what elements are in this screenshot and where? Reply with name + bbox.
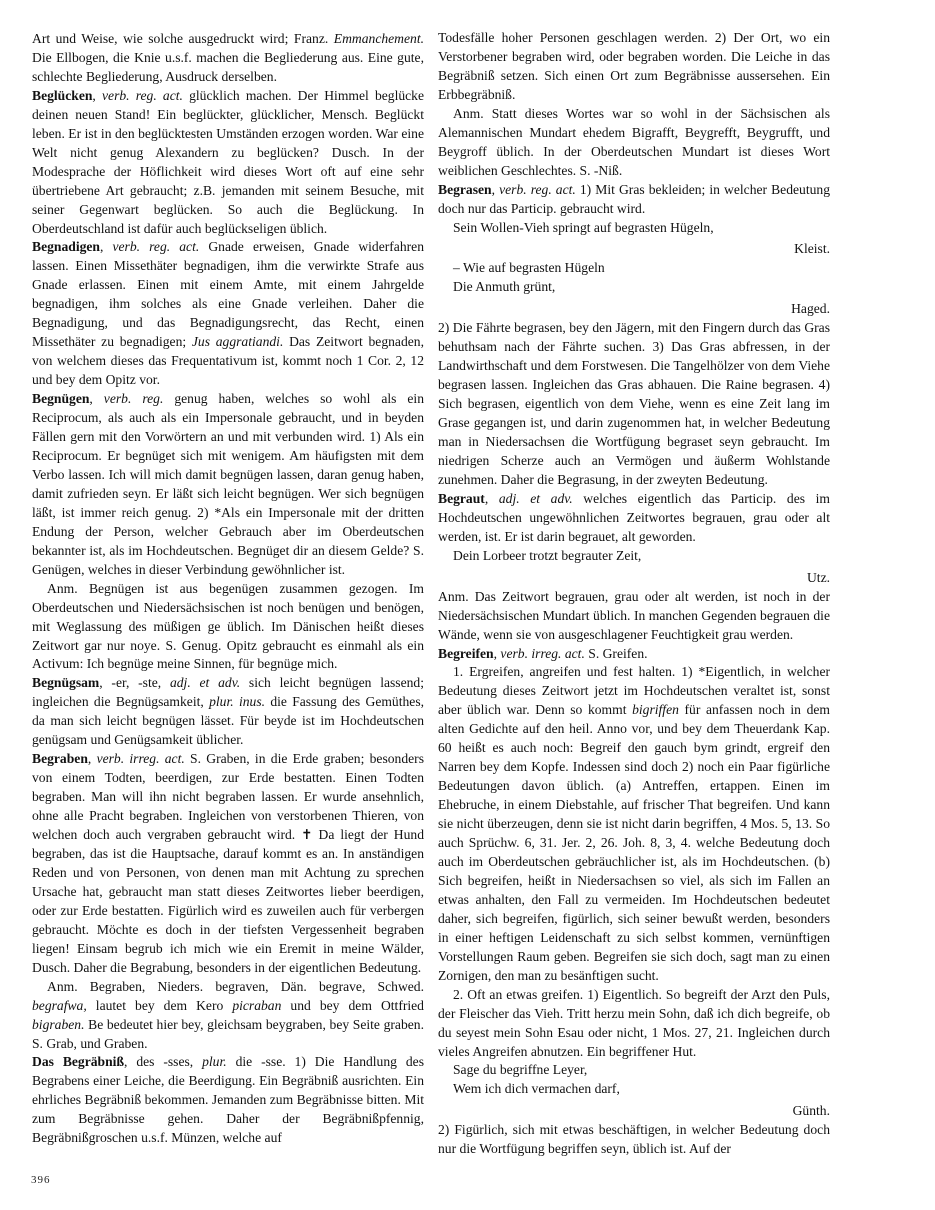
grammar-note: verb. reg. act. — [499, 182, 576, 197]
quote-source: Günth. — [438, 1099, 830, 1121]
quote-source: Utz. — [438, 566, 830, 588]
right-column: Todesfälle hoher Personen geschlagen wer… — [438, 29, 830, 1159]
grammar-note: verb. reg. — [104, 391, 164, 406]
entry-text: Be bedeutet hier bey, gleichsam beygrabe… — [32, 1017, 424, 1051]
entry-paragraph: 2. Oft an etwas greifen. 1) Eigentlich. … — [438, 986, 830, 1062]
grammar-note: Emmanchement. — [334, 31, 424, 46]
grammar-note: begrafwa, — [32, 998, 87, 1013]
entry-paragraph: Begreifen, verb. irreg. act. S. Greifen. — [438, 645, 830, 664]
entry-text: , — [92, 88, 102, 103]
headword: Das Begräbniß — [32, 1054, 124, 1069]
entry-text: 2) Figürlich, sich mit etwas beschäftige… — [438, 1122, 830, 1156]
grammar-note: adj. et adv. — [499, 491, 573, 506]
headword: Beglücken — [32, 88, 92, 103]
entry-text: 2) Die Fährte begrasen, bey den Jägern, … — [438, 320, 830, 487]
entry-text: , — [88, 751, 97, 766]
entry-text: 2. Oft an etwas greifen. 1) Eigentlich. … — [438, 987, 830, 1059]
entry-paragraph: 1. Ergreifen, angreifen und fest halten.… — [438, 663, 830, 985]
grammar-note: plur. — [202, 1054, 227, 1069]
entry-text: Todesfälle hoher Personen geschlagen wer… — [438, 30, 830, 102]
entry-text: Anm. Begnügen ist aus begenügen zusammen… — [32, 581, 424, 672]
entry-paragraph: Art und Weise, wie solche ausgedruckt wi… — [32, 30, 424, 87]
grammar-note: picraban — [232, 998, 281, 1013]
entry-paragraph: Das Begräbniß, des -sses, plur. die -sse… — [32, 1053, 424, 1148]
entry-paragraph: Begraben, verb. irreg. act. S. Graben, i… — [32, 750, 424, 977]
grammar-note: bigriffen — [632, 702, 679, 717]
entry-paragraph: 2) Figürlich, sich mit etwas beschäftige… — [438, 1121, 830, 1159]
grammar-note: verb. reg. act. — [112, 239, 199, 254]
verse-line: Die Anmuth grünt, — [438, 278, 830, 297]
entry-paragraph: 2) Die Fährte begrasen, bey den Jägern, … — [438, 319, 830, 490]
entry-text: , — [485, 491, 499, 506]
entry-text: , — [89, 391, 103, 406]
headword: Begraben — [32, 751, 88, 766]
grammar-note: verb. reg. act. — [102, 88, 183, 103]
grammar-note: verb. irreg. act. — [97, 751, 185, 766]
verse-line: Dein Lorbeer trotzt begrauter Zeit, — [438, 547, 830, 566]
entry-paragraph: Anm. Das Zeitwort begrauen, grau oder al… — [438, 588, 830, 645]
grammar-note: plur. inus. — [209, 694, 265, 709]
entry-text: für anfassen noch in dem alten Gedichte … — [438, 702, 830, 982]
entry-text: genug haben, welches so wohl als ein Rec… — [32, 391, 424, 577]
entry-text: , -er, -ste, — [99, 675, 170, 690]
page-number: 396 — [31, 1174, 51, 1186]
quote-source: Haged. — [438, 297, 830, 319]
entry-text: und bey dem Ottfried — [281, 998, 424, 1013]
entry-paragraph: Anm. Begraben, Nieders. begraven, Dän. b… — [32, 978, 424, 1054]
entry-paragraph: Begrasen, verb. reg. act. 1) Mit Gras be… — [438, 181, 830, 219]
entry-text: , des -sses, — [124, 1054, 202, 1069]
headword: Begnadigen — [32, 239, 100, 254]
dictionary-page: Art und Weise, wie solche ausgedruckt wi… — [0, 0, 935, 1210]
verse-line: – Wie auf begrasten Hügeln — [438, 259, 830, 278]
headword: Begraut — [438, 491, 485, 506]
entry-paragraph: Begnügen, verb. reg. genug haben, welche… — [32, 390, 424, 580]
entry-text: Anm. Statt dieses Wortes war so wohl in … — [438, 106, 830, 178]
entry-text: S. Greifen. — [585, 646, 648, 661]
entry-text: , — [492, 182, 499, 197]
verse-line: Wem ich dich vermachen darf, — [438, 1080, 830, 1099]
entry-paragraph: Begnadigen, verb. reg. act. Gnade erweis… — [32, 238, 424, 390]
entry-text: S. Graben, in die Erde graben; besonders… — [32, 751, 424, 974]
verse-line: Sein Wollen-Vieh springt auf begrasten H… — [438, 219, 830, 238]
headword: Begnügsam — [32, 675, 99, 690]
entry-text: , — [100, 239, 113, 254]
entry-paragraph: Beglücken, verb. reg. act. glücklich mac… — [32, 87, 424, 239]
grammar-note: Jus aggratiandi. — [192, 334, 283, 349]
entry-text: Art und Weise, wie solche ausgedruckt wi… — [32, 31, 334, 46]
verse-line: Sage du begriffne Leyer, — [438, 1061, 830, 1080]
entry-text: lautet bey dem Kero — [87, 998, 233, 1013]
grammar-note: bigraben. — [32, 1017, 84, 1032]
quote-source: Kleist. — [438, 237, 830, 259]
entry-text: Gnade erweisen, Gnade widerfahren lassen… — [32, 239, 424, 349]
entry-text: Anm. Begraben, Nieders. begraven, Dän. b… — [47, 979, 424, 994]
entry-text: Anm. Das Zeitwort begrauen, grau oder al… — [438, 589, 830, 642]
headword: Begreifen — [438, 646, 494, 661]
headword: Begnügen — [32, 391, 89, 406]
grammar-note: verb. irreg. act. — [500, 646, 584, 661]
grammar-note: adj. et adv. — [170, 675, 240, 690]
entry-paragraph: Anm. Statt dieses Wortes war so wohl in … — [438, 105, 830, 181]
entry-paragraph: Begraut, adj. et adv. welches eigentlich… — [438, 490, 830, 547]
headword: Begrasen — [438, 182, 492, 197]
entry-text: Die Ellbogen, die Knie u.s.f. machen die… — [32, 50, 424, 84]
left-column: Art und Weise, wie solche ausgedruckt wi… — [32, 30, 424, 1148]
entry-text: glücklich machen. Der Himmel beglücke de… — [32, 88, 424, 236]
entry-paragraph: Todesfälle hoher Personen geschlagen wer… — [438, 29, 830, 105]
entry-paragraph: Anm. Begnügen ist aus begenügen zusammen… — [32, 580, 424, 675]
entry-paragraph: Begnügsam, -er, -ste, adj. et adv. sich … — [32, 674, 424, 750]
